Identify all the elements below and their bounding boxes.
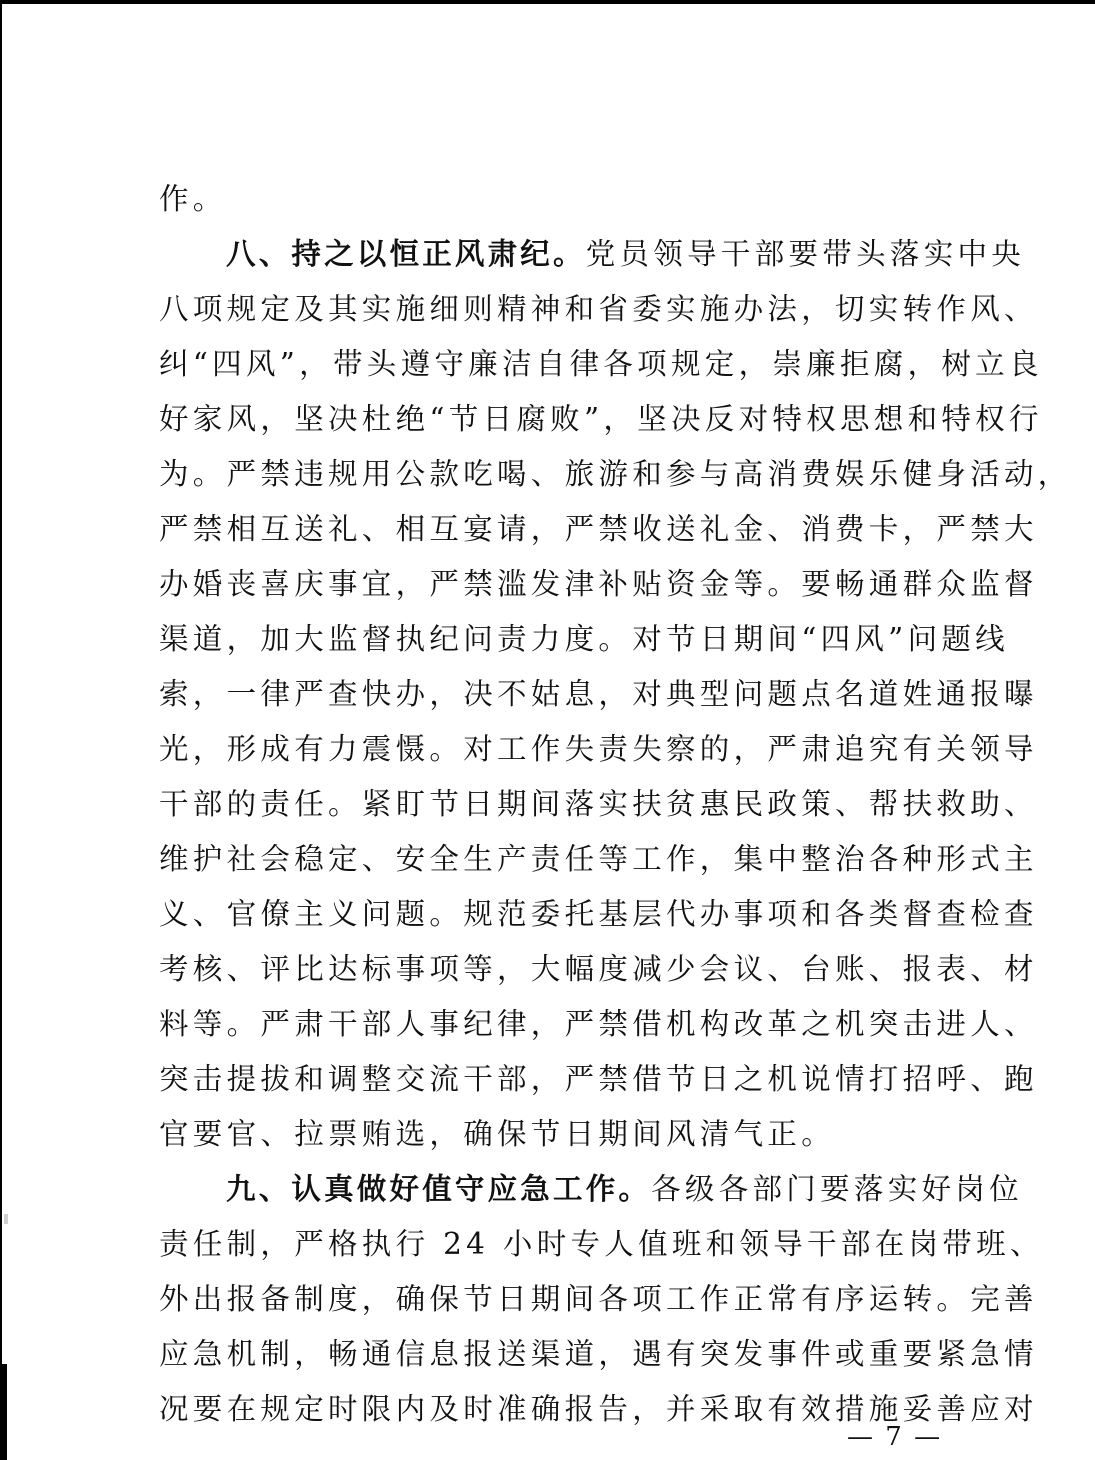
text-line: 光，形成有力震慑。对工作失责失察的，严肃追究有关领导 [159, 722, 941, 777]
text-line: 严禁相互送礼、相互宴请，严禁收送礼金、消费卡，严禁大 [159, 502, 941, 557]
text-line: 突击提拔和调整交流干部，严禁借节日之机说情打招呼、跑 [159, 1052, 941, 1107]
text-line: 索，一律严查快办，决不姑息，对典型问题点名道姓通报曝 [159, 667, 941, 722]
text-line: 纠“四风”，带头遵守廉洁自律各项规定，崇廉拒腐，树立良 [159, 337, 941, 392]
scan-edge-shadow [2, 1364, 7, 1460]
document-body: 作。 八、持之以恒正风肃纪。党员领导干部要带头落实中央 八项规定及其实施细则精神… [159, 172, 941, 1437]
page-number: — 7 — [847, 1422, 942, 1452]
text-line: 好家风，坚决杜绝“节日腐败”，坚决反对特权思想和特权行 [159, 392, 941, 447]
text-line: 八项规定及其实施细则精神和省委实施办法，切实转作风、 [159, 282, 941, 337]
text-line: 外出报备制度，确保节日期间各项工作正常有序运转。完善 [159, 1272, 941, 1327]
text-line: 应急机制，畅通信息报送渠道，遇有突发事件或重要紧急情 [159, 1327, 941, 1382]
section-8-first-line: 八、持之以恒正风肃纪。党员领导干部要带头落实中央 [159, 227, 941, 282]
scanned-page: 作。 八、持之以恒正风肃纪。党员领导干部要带头落实中央 八项规定及其实施细则精神… [0, 0, 1095, 1460]
section-heading-9: 九、认真做好值守应急工作。 [226, 1172, 651, 1206]
text-line: 干部的责任。紧盯节日期间落实扶贫惠民政策、帮扶救助、 [159, 777, 941, 832]
text-run: 党员领导干部要带头落实中央 [586, 237, 1025, 271]
text-run: 各级各部门要落实好岗位 [651, 1172, 1023, 1206]
text-line: 官要官、拉票贿选，确保节日期间风清气正。 [159, 1107, 941, 1162]
text-line: 作。 [159, 172, 941, 227]
scan-artifact [4, 1214, 8, 1224]
text-line: 考核、评比达标事项等，大幅度减少会议、台账、报表、材 [159, 942, 941, 997]
section-9-first-line: 九、认真做好值守应急工作。各级各部门要落实好岗位 [159, 1162, 941, 1217]
section-heading-8: 八、持之以恒正风肃纪。 [226, 237, 586, 271]
text-line: 为。严禁违规用公款吃喝、旅游和参与高消费娱乐健身活动， [159, 447, 941, 502]
text-line: 义、官僚主义问题。规范委托基层代办事项和各类督查检查 [159, 887, 941, 942]
text-line: 维护社会稳定、安全生产责任等工作，集中整治各种形式主 [159, 832, 941, 887]
text-line: 况要在规定时限内及时准确报告，并采取有效措施妥善应对 [159, 1382, 941, 1437]
text-line: 办婚丧喜庆事宜，严禁滥发津补贴资金等。要畅通群众监督 [159, 557, 941, 612]
text-line: 责任制，严格执行 24 小时专人值班和领导干部在岗带班、 [159, 1217, 941, 1272]
text-line: 料等。严肃干部人事纪律，严禁借机构改革之机突击进人、 [159, 997, 941, 1052]
text-line: 渠道，加大监督执纪问责力度。对节日期间“四风”问题线 [159, 612, 941, 667]
